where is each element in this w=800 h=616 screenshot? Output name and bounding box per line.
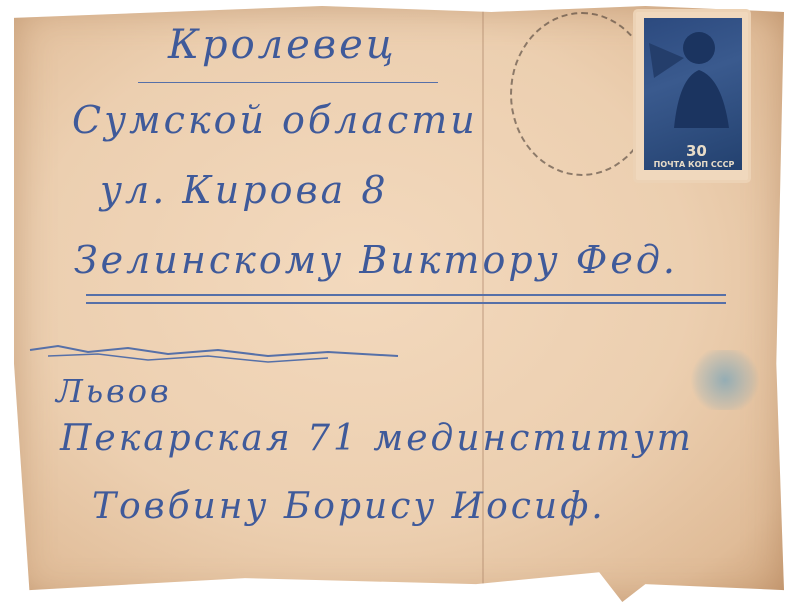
recipient-region: Сумской области: [72, 98, 478, 142]
underline-recipient-1: [86, 294, 726, 296]
recipient-name: Зелинскому Виктору Фед.: [74, 238, 678, 282]
recipient-city: Кролевец: [168, 22, 397, 68]
stamp-image: 30 ПОЧТА КОП СССР: [644, 18, 742, 170]
ink-stain: [690, 350, 760, 410]
stamp-caption: ПОЧТА КОП СССР: [646, 160, 742, 169]
separator-scribble: [28, 342, 408, 366]
recipient-street: ул. Кирова 8: [100, 168, 389, 212]
pilot-portrait-icon: [644, 18, 742, 138]
sender-street: Пекарская 71 мединститут: [60, 418, 694, 459]
postmark: [510, 12, 654, 176]
underline-recipient-2: [86, 302, 726, 304]
sender-city: Львов: [56, 372, 172, 410]
stamp-value: 30: [686, 142, 707, 160]
sender-name: Товбину Борису Иосиф.: [92, 486, 606, 527]
postage-stamp: 30 ПОЧТА КОП СССР: [636, 12, 748, 180]
underline-city: [138, 82, 438, 83]
